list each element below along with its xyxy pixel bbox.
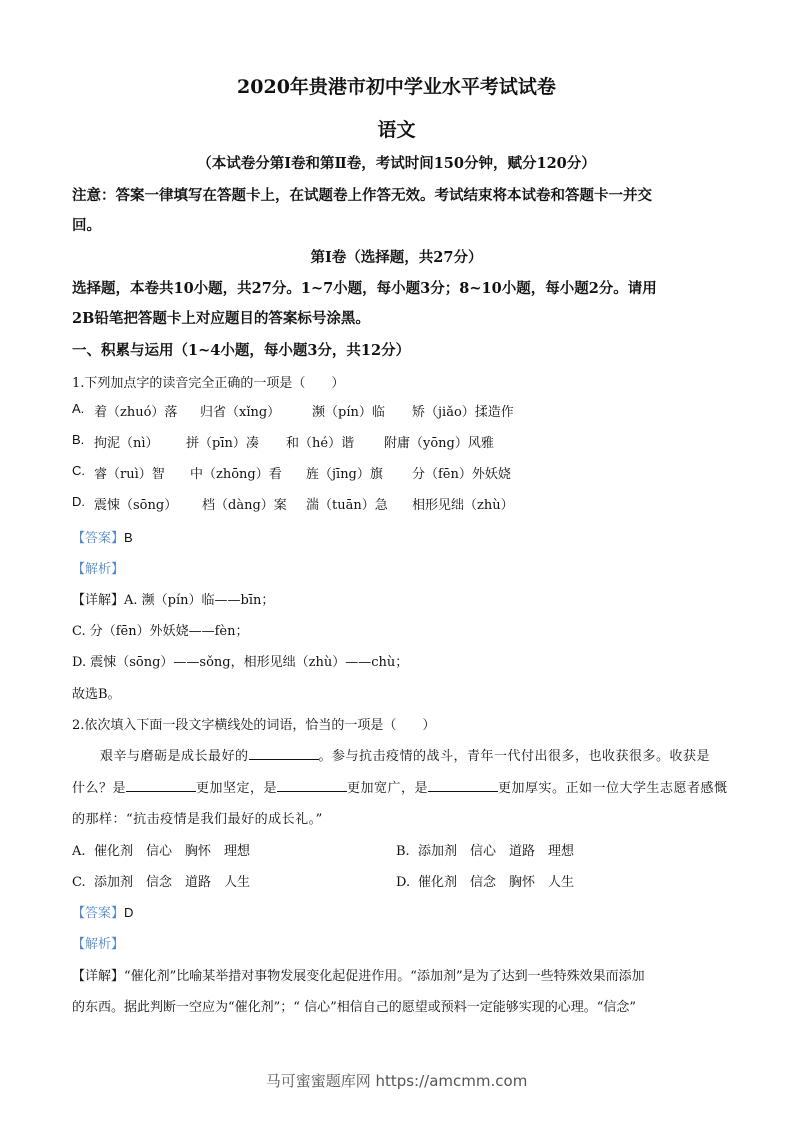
option-item: 和（hé）谐 [286,432,354,451]
option-label: C. [72,463,94,478]
option-item: 附庸（yōng）风雅 [384,432,494,451]
q1-option-c: C. 睿（ruì）智 中（zhōng）看 旌（jīng）旗 分（fēn）外妖娆 [72,463,94,479]
option-item: 分（fēn）外妖娆 [412,463,511,482]
q1-analysis-label: 【解析】 [72,558,124,577]
q2-option-d: D.催化剂 信念 胸怀 人生 [396,871,574,890]
q2-detail-line: 【详解】“催化剂”比喻某举措对事物发展变化起促进作用。“添加剂”是为了达到一些特… [72,965,645,984]
q1-option-b: B. 拘泥（nì） 拼（pīn）凑 和（hé）谐 附庸（yōng）风雅 [72,432,94,448]
part1-title: 第Ⅰ卷（选择题，共27分） [0,246,793,267]
option-text: 催化剂 信心 胸怀 理想 [94,844,250,859]
option-text: 添加剂 信心 道路 理想 [418,844,574,859]
option-item: 着（zhuó）落 [94,401,177,420]
passage-text: 艰辛与磨砺是成长最好的 [100,749,249,764]
option-item: 中（zhōng）看 [190,463,282,482]
option-item: 相形见绌（zhù） [412,494,514,513]
notice-line-2: 回。 [72,214,101,235]
fill-blank [428,779,498,792]
part1-desc-2: 2B铅笔把答题卡上对应题目的答案标号涂黑。 [72,307,370,328]
q2-stem: 2.依次填入下面一段文字横线处的词语，恰当的一项是（ ） [72,714,435,733]
q1-answer: 【答案】B [72,527,133,546]
passage-text: 。参与抗击疫情的战斗，青年一代付出很多，也收获很多。收获是 [319,749,711,764]
answer-value: D [124,905,133,920]
option-item: 拼（pīn）凑 [186,432,259,451]
option-item: 震悚（sōng） [94,494,177,513]
q2-answer: 【答案】D [72,902,133,921]
fill-blank [249,747,319,760]
q1-detail-line: 【详解】A. 濒（pín）临——bīn； [72,589,274,608]
answer-label: 【答案】 [72,531,124,546]
option-text: 催化剂 信念 胸怀 人生 [418,875,574,890]
option-item: 濒（pín）临 [312,401,385,420]
option-label: C. [72,875,94,890]
answer-value: B [124,530,133,545]
exam-title: 2020年贵港市初中学业水平考试试卷 [0,72,793,99]
q2-passage-line-3: 的那样：“抗击疫情是我们最好的成长礼。” [72,808,323,827]
q2-option-b: B.添加剂 信心 道路 理想 [396,840,574,859]
exam-info: （本试卷分第Ⅰ卷和第Ⅱ卷，考试时间150分钟，赋分120分） [0,152,793,173]
passage-text: 更加坚定，是 [196,781,277,796]
q1-option-d: D. 震悚（sōng） 档（dàng）案 湍（tuān）急 相形见绌（zhù） [72,494,94,510]
option-label: D. [396,875,418,890]
q1-detail-line: D. 震悚（sōng）——sǒng，相形见绌（zhù）——chù； [72,651,408,670]
q1-detail-line: 故选B。 [72,683,121,702]
fill-blank [277,779,347,792]
option-item: 湍（tuān）急 [306,494,388,513]
option-label: A. [72,401,94,416]
option-label: A. [72,844,94,859]
watermark-footer: 马可蜜蜜题库网 https://amcmm.com [0,1070,793,1091]
option-item: 旌（jīng）旗 [306,463,383,482]
option-item: 拘泥（nì） [94,432,159,451]
notice-line-1: 注意：答案一律填写在答题卡上，在试题卷上作答无效。考试结束将本试卷和答题卡一并交 [72,184,652,205]
q2-passage-line-2: 什么？是更加坚定，是更加宽广，是更加厚实。正如一位大学生志愿者感慨 [72,777,728,796]
answer-label: 【答案】 [72,906,124,921]
option-item: 归省（xǐng） [200,401,280,420]
q2-option-a: A.催化剂 信心 胸怀 理想 [72,840,250,859]
passage-text: 更加宽广，是 [347,781,428,796]
option-label: D. [72,494,94,509]
option-item: 档（dàng）案 [202,494,287,513]
passage-text: 什么？是 [72,781,126,796]
part1-desc-1: 选择题，本卷共10小题，共27分。1~7小题，每小题3分；8~10小题，每小题2… [72,277,657,298]
option-label: B. [396,844,418,859]
section1-title: 一、积累与运用（1~4小题，每小题3分，共12分） [72,339,410,360]
option-item: 睿（ruì）智 [94,463,165,482]
q2-analysis-label: 【解析】 [72,933,124,952]
option-item: 矫（jiǎo）揉造作 [412,401,514,420]
fill-blank [126,779,196,792]
q1-option-a: A. 着（zhuó）落 归省（xǐng） 濒（pín）临 矫（jiǎo）揉造作 [72,401,94,417]
q2-detail-line: 的东西。据此判断一空应为“催化剂”；“ 信心”相信自己的愿望或预料一定能够实现的… [72,996,636,1015]
q2-passage-line-1: 艰辛与磨砺是成长最好的。参与抗击疫情的战斗，青年一代付出很多，也收获很多。收获是 [100,745,710,764]
passage-text: 更加厚实。正如一位大学生志愿者感慨 [498,781,728,796]
q1-stem: 1.下列加点字的读音完全正确的一项是（ ） [72,372,344,391]
q1-detail-line: C. 分（fēn）外妖娆——fèn； [72,620,249,639]
exam-subject: 语文 [0,115,793,142]
option-text: 添加剂 信念 道路 人生 [94,875,250,890]
q2-option-c: C.添加剂 信念 道路 人生 [72,871,250,890]
option-label: B. [72,432,94,447]
